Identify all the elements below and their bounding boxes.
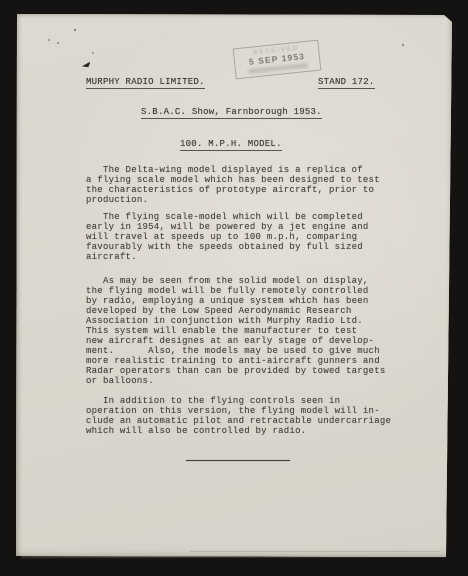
paragraph: In addition to the flying controls seen … [86, 396, 406, 436]
text-line: the characteristics of prototype aircraf… [86, 185, 406, 195]
text-line: early in 1954, will be powered by a jet … [86, 222, 406, 232]
text-line: Radar operators than can be provided by … [86, 366, 406, 376]
text-line: more realistic training to anti-aircraft… [86, 356, 406, 366]
text-line: or balloons. [86, 376, 406, 386]
paper-speck [48, 39, 50, 41]
text-line: As may be seen from the solid model on d… [86, 276, 406, 286]
photo-background: RECEIVED 5 SEP 1953 MURPHY RADIO LIMITED… [0, 0, 468, 576]
paragraph: The flying scale-model which will be com… [86, 212, 406, 262]
model-title: 100. M.P.H. MODEL. [180, 139, 282, 151]
paper-speck [74, 29, 76, 31]
paragraph: The Delta-wing model displayed is a repl… [86, 165, 406, 205]
text-line: the flying model will be fully remotely … [86, 286, 406, 296]
text-line: This system will enable the manufacturer… [86, 326, 406, 336]
text-line: favourably with the speeds obtained by f… [86, 242, 406, 252]
text-line: will travel at speeds up to 100 m.p.h, c… [86, 232, 406, 242]
document-body: The Delta-wing model displayed is a repl… [86, 165, 406, 436]
text-line: In addition to the flying controls seen … [86, 396, 406, 406]
pencil-mark [82, 60, 91, 67]
text-line: new aircraft designes at an early stage … [86, 336, 406, 346]
text-line: developed by the Low Speed Aerodynamic R… [86, 306, 406, 316]
received-stamp: RECEIVED 5 SEP 1953 [233, 40, 322, 80]
text-line: production. [86, 195, 406, 205]
paragraph: As may be seen from the solid model on d… [86, 276, 406, 386]
text-line: a flying scale model which has been desi… [86, 175, 406, 185]
text-line: operation on this version, the flying mo… [86, 406, 406, 416]
paper-speck [92, 52, 94, 54]
show-title: S.B.A.C. Show, Farnborough 1953. [141, 107, 322, 119]
text-line: Association in conjunction with Murphy R… [86, 316, 406, 326]
text-line: clude an automatic pilot and retractable… [86, 416, 406, 426]
text-line: The Delta-wing model displayed is a repl… [86, 165, 406, 175]
text-line: The flying scale-model which will be com… [86, 212, 406, 222]
text-line: by radio, employing a unique system whic… [86, 296, 406, 306]
text-line: aircraft. [86, 252, 406, 262]
stand-number: STAND 172. [318, 77, 375, 89]
paper-speck [402, 44, 404, 46]
document-content: RECEIVED 5 SEP 1953 MURPHY RADIO LIMITED… [0, 0, 468, 576]
text-line: which will also be controlled by radio. [86, 426, 406, 436]
company-name: MURPHY RADIO LIMITED. [86, 77, 205, 89]
paper-speck [57, 42, 59, 44]
text-line: ment. Also, the models may be used to gi… [86, 346, 406, 356]
end-rule [186, 460, 290, 461]
